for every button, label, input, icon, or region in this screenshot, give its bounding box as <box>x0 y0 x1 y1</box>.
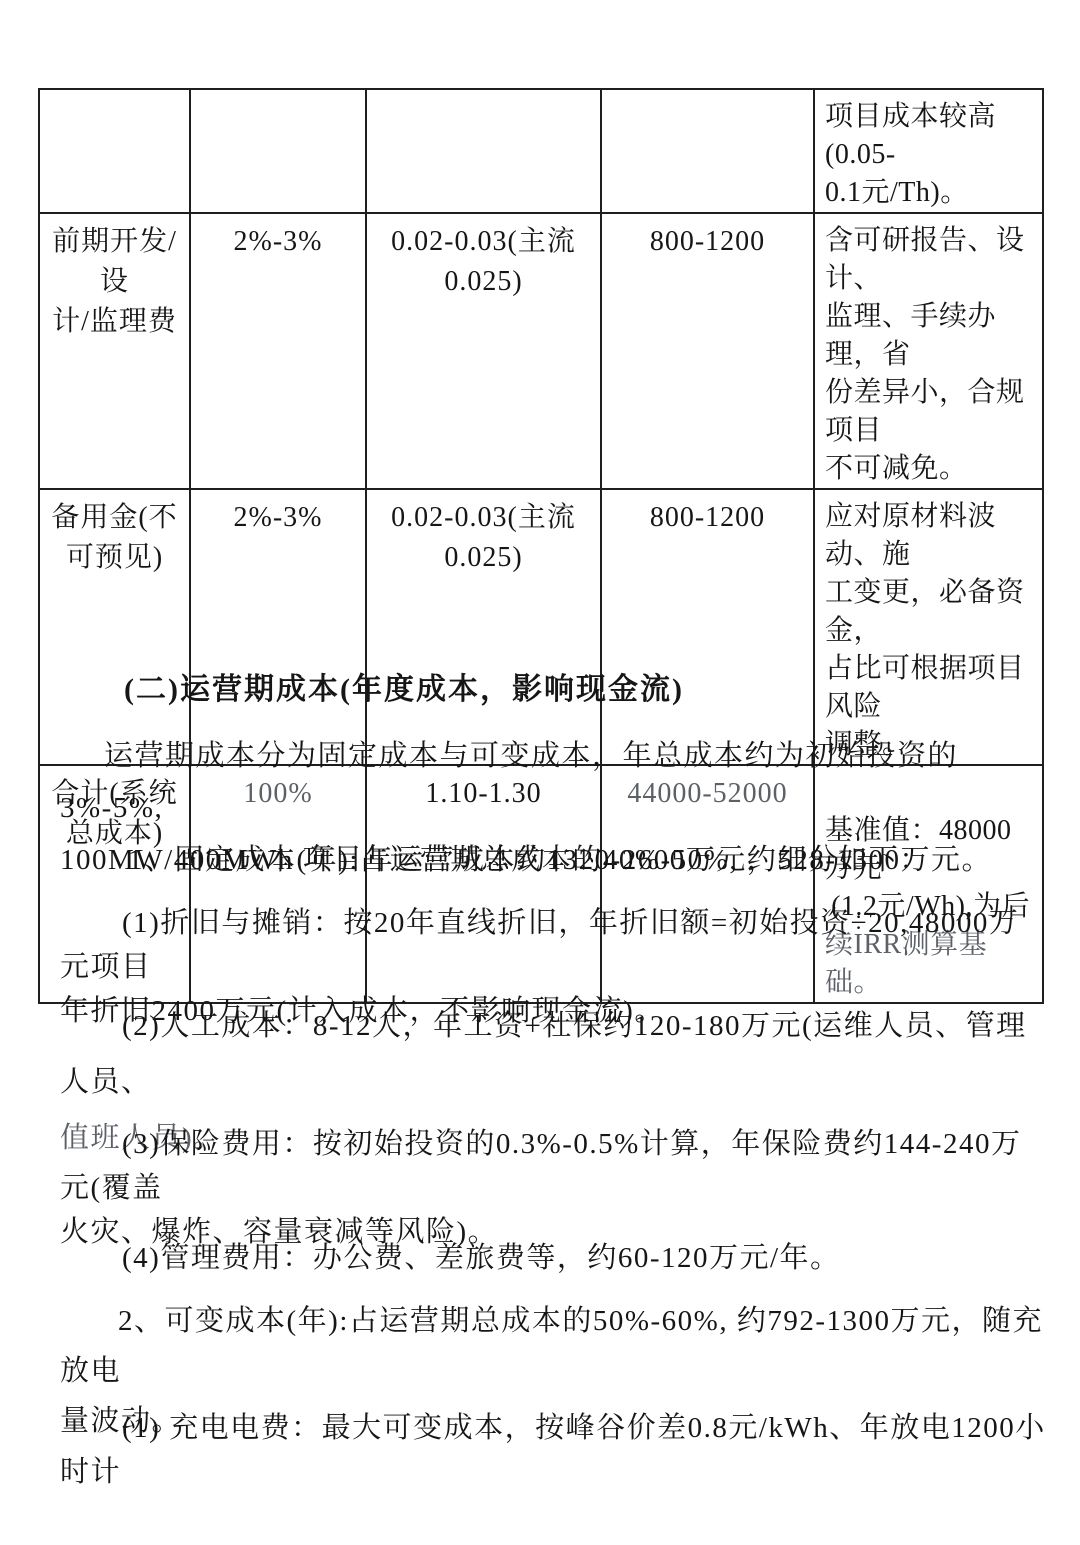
cell-percent: 2%-3% <box>190 213 366 489</box>
cell-percent: 2%-3% <box>190 489 366 765</box>
table-row-carryover: 项目成本较高(0.05- 0.1元/Th)。 <box>39 89 1043 213</box>
cell-note: 应对原材料波动、施 工变更，必备资金， 占比可根据项目风险 调整。 <box>814 489 1043 765</box>
cell-item: 备用金(不 可预见) <box>39 489 190 765</box>
labor-main-text: (2)人工成本：8-12人，年工资+社保约120-180万元(运维人员、管理人员… <box>60 1010 1027 1098</box>
table-row-predevelopment: 前期开发/设 计/监理费 2%-3% 0.02-0.03(主流 0.025) 8… <box>39 213 1043 489</box>
cell-amount: 800-1200 <box>601 489 814 765</box>
cell-note: 项目成本较高(0.05- 0.1元/Th)。 <box>814 89 1043 213</box>
cell-amount <box>601 89 814 213</box>
para-fixed-cost: 1、固定成本(年):占运营期总成本的40%-50%, 约528-1300万元。 <box>60 838 1048 882</box>
cell-unit-cost <box>366 89 601 213</box>
cell-unit-cost: 0.02-0.03(主流 0.025) <box>366 213 601 489</box>
para-management: (4)管理费用：办公费、差旅费等，约60-120万元/年。 <box>60 1236 1048 1280</box>
cell-unit-cost: 0.02-0.03(主流 0.025) <box>366 489 601 765</box>
cell-item: 前期开发/设 计/监理费 <box>39 213 190 489</box>
cell-amount: 800-1200 <box>601 213 814 489</box>
document-page: 项目成本较高(0.05- 0.1元/Th)。 前期开发/设 计/监理费 2%-3… <box>0 0 1080 1545</box>
para-insurance: (3)保险费用：按初始投资的0.3%-0.5%计算，年保险费约144-240万元… <box>60 1122 1048 1254</box>
para-charging-fee: (1) 充电电费：最大可变成本，按峰谷价差0.8元/kWh、年放电1200小时计 <box>60 1406 1048 1494</box>
cell-note: 含可研报告、设计、 监理、手续办理，省 份差异小，合规项目 不可减免。 <box>814 213 1043 489</box>
table-row-reserve-fund: 备用金(不 可预见) 2%-3% 0.02-0.03(主流 0.025) 800… <box>39 489 1043 765</box>
cell-percent <box>190 89 366 213</box>
cell-item <box>39 89 190 213</box>
section-heading: (二)运营期成本(年度成本，影响现金流) <box>124 670 684 710</box>
